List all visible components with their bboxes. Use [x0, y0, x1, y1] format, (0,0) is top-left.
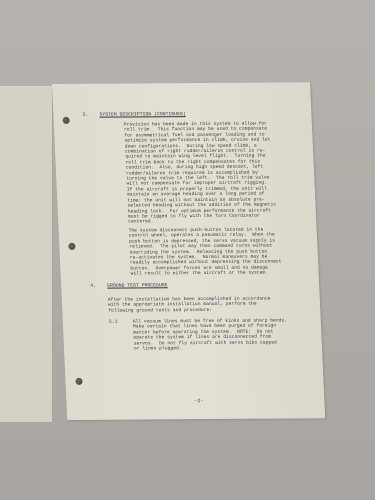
- section-heading: SYSTEM DESCRIPTION (CONTINUED): [99, 112, 186, 118]
- punch-hole-icon: [62, 117, 69, 124]
- page-number: -2-: [194, 398, 203, 404]
- punch-hole-icon: [75, 378, 82, 385]
- item-number: 5.1: [109, 320, 118, 325]
- document-page: 3. SYSTEM DESCRIPTION (CONTINUED) Provis…: [52, 82, 325, 420]
- section-number: 4.: [90, 284, 96, 289]
- section-heading: GROUND TEST PROCEDURE: [107, 283, 168, 288]
- section-number: 3.: [82, 113, 88, 118]
- body-paragraph: The system disconnect push-button locate…: [129, 227, 283, 277]
- intro-paragraph: After the installation has been accompli…: [108, 297, 271, 314]
- item-text: All vacuum lines must be free of kinks a…: [133, 318, 289, 352]
- punch-hole-icon: [68, 243, 75, 250]
- underlying-page: [0, 86, 53, 422]
- body-paragraph: Provision has been made in this system t…: [124, 121, 277, 225]
